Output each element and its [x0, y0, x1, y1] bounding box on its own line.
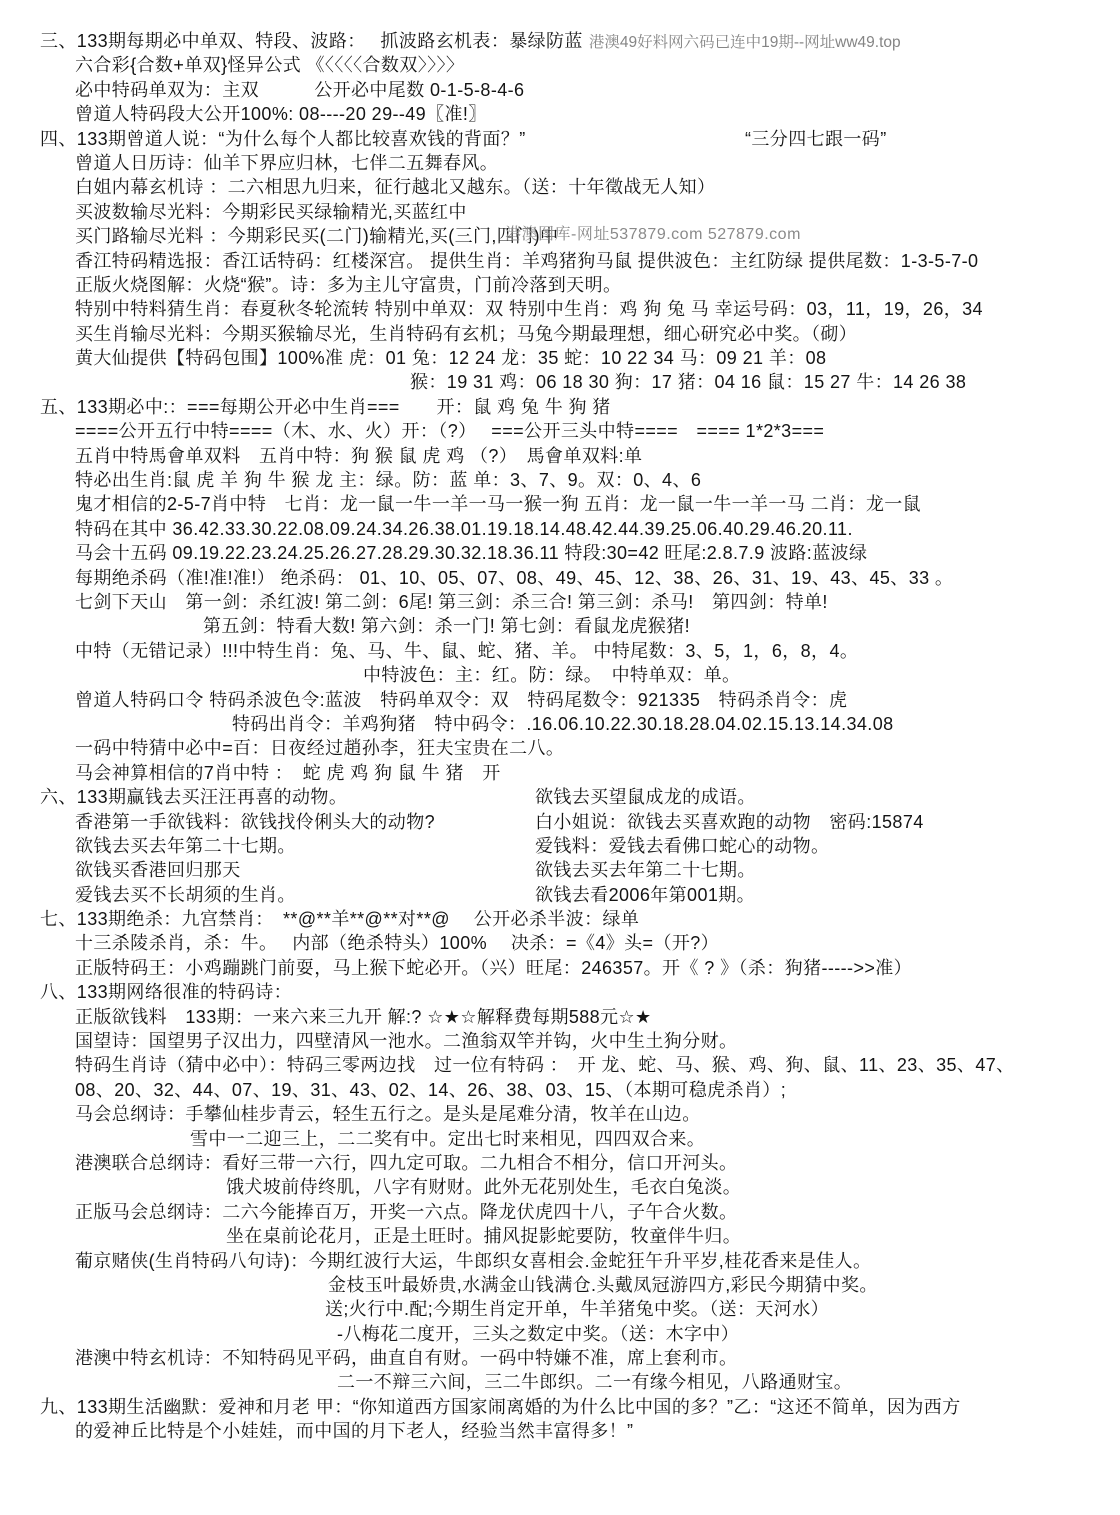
text-line-content: 曾道人特码口令 特码杀波色令:蓝波 特码单双令：双 特码尾数令：921335 特… [75, 690, 847, 710]
text-line-content: 特必出生肖:鼠 虎 羊 狗 牛 猴 龙 主：绿。防：蓝 单：3、7、9。双：0、… [75, 470, 701, 490]
text-line-content: 猴：19 31 鸡：06 18 30 狗：17 猪：04 16 鼠：15 27 … [410, 372, 966, 392]
text-line-content: 白姐内幕玄机诗 ：二六相思九归来，征行越北又越东。（送：十年徵战无人知） [75, 177, 715, 197]
text-line: 金枝玉叶最娇贵,水满金山钱满仓.头戴凤冠游四方,彩民今期猜中奖。 [0, 1273, 1120, 1297]
text-line: 中特波色：主：红。防：绿。 中特单双：单。 [0, 663, 1120, 687]
text-line-right: 白小姐说：欲钱去买喜欢跑的动物 密码:15874 [535, 810, 924, 834]
text-line-content: 八、133期网络很准的特码诗： [40, 982, 292, 1002]
text-line: ====公开五行中特====（木、水、火）开：（?） ===公开三头中特====… [0, 419, 1120, 443]
text-line-content: 买生肖输尽光料：今期买猴输尽光，生肖特码有玄机；马兔今期最理想，细心研究必中奖。… [75, 324, 857, 344]
text-line: 饿犬坡前侍终肌，八字有财财。此外无花别处生，毛衣白兔淡。 [0, 1175, 1120, 1199]
text-line: 正版马会总纲诗：二六今能捧百万，开奖一六点。降龙伏虎四十八，子午合火数。 [0, 1200, 1120, 1224]
text-line-content: 六合彩{合数+单双}怪异公式 《〈〈〈〈合数双〉〉〉〉 [75, 55, 464, 75]
text-line: 08、20、32、44、07、19、31、43、02、14、26、38、03、1… [0, 1078, 1120, 1102]
text-line-content: 买波数输尽光料：今期彩民买绿输精光,买蓝红中 [75, 202, 467, 222]
text-line-content: 六、133期赢钱去买汪汪再喜的动物。 [40, 787, 347, 807]
text-line: 特必出生肖:鼠 虎 羊 狗 牛 猴 龙 主：绿。防：蓝 单：3、7、9。双：0、… [0, 468, 1120, 492]
text-line-content: 欲钱去买去年第二十七期。 [75, 836, 296, 856]
text-line: 马会神算相信的7肖中特 ： 蛇 虎 鸡 狗 鼠 牛 猪 开 [0, 761, 1120, 785]
text-line-content: 特码出肖令：羊鸡狗猪 特中码令：.16.06.10.22.30.18.28.04… [232, 714, 894, 734]
text-line: 正版特码王：小鸡蹦跳门前耍，马上猴下蛇必开。（兴）旺尾：246357。开《 ? … [0, 956, 1120, 980]
text-line: 正版火烧图解：火烧“猴”。诗：多为主儿守富贵，门前冷落到天明。 [0, 273, 1120, 297]
watermark-text: 港澳图库-网址537879.com 527879.com [505, 221, 801, 244]
text-line-content: 每期绝杀码（准!准!准!） 绝杀码： 01、10、05、07、08、49、45、… [75, 568, 953, 588]
watermark-text: 港澳49好料网六码已连中19期--网址ww49.top [589, 34, 901, 51]
text-line: 九、133期生活幽默：爱神和月老 甲：“你知道西方国家闹离婚的为什么比中国的多？… [0, 1395, 1120, 1419]
text-line: 香江特码精选报：香江话特码：红楼深宫。 提供生肖：羊鸡猪狗马鼠 提供波色：主红防… [0, 249, 1120, 273]
text-line-content: 九、133期生活幽默：爱神和月老 甲：“你知道西方国家闹离婚的为什么比中国的多？… [40, 1397, 961, 1417]
text-line: 二一不辩三六间，三二牛郎织。二一有缘今相见，八路通财宝。 [0, 1370, 1120, 1394]
text-line: 欲钱去买去年第二十七期。爱钱料：爱钱去看佛口蛇心的动物。 [0, 834, 1120, 858]
text-line-content: 三、133期每期必中单双、特段、波路： 抓波路玄机表：暴绿防蓝 [40, 31, 583, 51]
text-line: 曾道人特码口令 特码杀波色令:蓝波 特码单双令：双 特码尾数令：921335 特… [0, 688, 1120, 712]
text-line-content: -八梅花二度开，三头之数定中奖。（送：木字中） [337, 1324, 739, 1344]
text-line-content: 曾道人日历诗：仙羊下界应归林，七伴二五舞春风。 [75, 153, 498, 173]
text-line-content: 的爱神丘比特是个小娃娃，而中国的月下老人，经验当然丰富得多！” [75, 1421, 633, 1441]
text-line-content: 港澳联合总纲诗：看好三带一六行，四九定可取。二九相合不相分，信口开河头。 [75, 1153, 737, 1173]
text-line-content: 特别中特料猜生肖：春夏秋冬轮流转 特别中单双：双 特别中生肖：鸡 狗 兔 马 幸… [75, 299, 983, 319]
text-line-content: 葡京赌侠(生肖特码八句诗)：今期红波行大运，牛郎织女喜相会.金蛇狂午升平岁,桂花… [75, 1251, 871, 1271]
text-line: 坐在桌前论花月，正是土旺时。捕风捉影蛇要防，牧童伴牛归。 [0, 1224, 1120, 1248]
text-line-content: 马会总纲诗：手攀仙桂步青云，轻生五行之。是头是尾难分清，牧羊在山边。 [75, 1104, 701, 1124]
text-line: 雪中一二迎三上，二二奖有中。定出七时来相见，四四双合来。 [0, 1127, 1120, 1151]
text-line-right: 爱钱料：爱钱去看佛口蛇心的动物。 [535, 834, 829, 858]
text-line-content: 七剑下天山 第一剑：杀红波! 第二剑：6尾! 第三剑：杀三合! 第三剑：杀马! … [75, 592, 828, 612]
text-line: 特码生肖诗（猜中必中）：特码三零两边找 过一位有特码 ： 开 龙、蛇、马、猴、鸡… [0, 1053, 1120, 1077]
text-line: 特码在其中 36.42.33.30.22.08.09.24.34.26.38.0… [0, 517, 1120, 541]
text-line-content: 08、20、32、44、07、19、31、43、02、14、26、38、03、1… [75, 1080, 786, 1100]
text-line-content: 国望诗：国望男子汉出力，四壁清风一池水。二渔翁双竿并钩，火中生土狗分财。 [75, 1031, 737, 1051]
text-line-content: 正版火烧图解：火烧“猴”。诗：多为主儿守富贵，门前冷落到天明。 [75, 275, 621, 295]
text-line-content: 雪中一二迎三上，二二奖有中。定出七时来相见，四四双合来。 [190, 1129, 705, 1149]
text-line-content: 一码中特猜中必中=百：日夜经过趙孙李，狂夫宝贵在二八。 [75, 738, 564, 758]
text-line-content: 买门路输尽光料 ：今期彩民买(二门)输精光,买(三门,四门)中 [75, 226, 558, 246]
text-line-content: 曾道人特码段大公开100%: 08----20 29--49〖准!〗 [75, 104, 487, 124]
text-line: 正版欲钱料 133期：一来六来三九开 解:? ☆★☆解释费每期588元☆★ [0, 1005, 1120, 1029]
text-line: 爱钱去买不长胡须的生肖。欲钱去看2006年第001期。 [0, 883, 1120, 907]
text-line: 七、133期绝杀：九宫禁肖： **@**羊**@**对**@ 公开必杀半波：绿单 [0, 907, 1120, 931]
text-line-content: 欲钱买香港回归那天 [75, 860, 241, 880]
text-line-content: 金枝玉叶最娇贵,水满金山钱满仓.头戴凤冠游四方,彩民今期猜中奖。 [328, 1275, 878, 1295]
text-line: 十三杀陵杀肖，杀：牛。 内部（绝杀特头）100% 决杀：=《4》头=（开?） [0, 931, 1120, 955]
text-line: 鬼才相信的2-5-7肖中特 七肖：龙一鼠一牛一羊一马一猴一狗 五肖：龙一鼠一牛一… [0, 492, 1120, 516]
text-line: 欲钱买香港回归那天欲钱去买去年第二十七期。 [0, 858, 1120, 882]
text-line-content: 七、133期绝杀：九宫禁肖： **@**羊**@**对**@ 公开必杀半波：绿单 [40, 909, 639, 929]
text-line-content: 马会神算相信的7肖中特 ： 蛇 虎 鸡 狗 鼠 牛 猪 开 [75, 763, 501, 783]
text-line-content: 五、133期必中:：===每期公开必中生肖=== 开：鼠 鸡 兔 牛 狗 猪 [40, 397, 611, 417]
text-line: 第五剑：特看大数! 第六剑：杀一门! 第七剑：看鼠龙虎猴猪! [0, 614, 1120, 638]
text-line-content: 必中特码单双为：主双 公开必中尾数 0-1-5-8-4-6 [75, 80, 524, 100]
text-line: 的爱神丘比特是个小娃娃，而中国的月下老人，经验当然丰富得多！” [0, 1419, 1120, 1443]
text-line-content: 爱钱去买不长胡须的生肖。 [75, 885, 296, 905]
text-line-content: 正版欲钱料 133期：一来六来三九开 解:? ☆★☆解释费每期588元☆★ [75, 1007, 652, 1027]
text-line: 香港第一手欲钱料：欲钱找伶俐头大的动物?白小姐说：欲钱去买喜欢跑的动物 密码:1… [0, 810, 1120, 834]
text-line: 曾道人日历诗：仙羊下界应归林，七伴二五舞春风。 [0, 151, 1120, 175]
text-line: 三、133期每期必中单双、特段、波路： 抓波路玄机表：暴绿防蓝港澳49好料网六码… [0, 29, 1120, 53]
text-line-right: 欲钱去买望鼠成龙的成语。 [535, 785, 756, 809]
text-line: 每期绝杀码（准!准!准!） 绝杀码： 01、10、05、07、08、49、45、… [0, 566, 1120, 590]
text-line: 黄大仙提供【特码包围】100%准 虎：01 兔：12 24 龙：35 蛇：10 … [0, 346, 1120, 370]
text-line-content: 坐在桌前论花月，正是土旺时。捕风捉影蛇要防，牧童伴牛归。 [226, 1226, 741, 1246]
text-line-content: 香江特码精选报：香江话特码：红楼深宫。 提供生肖：羊鸡猪狗马鼠 提供波色：主红防… [75, 251, 978, 271]
text-line-content: 港澳中特玄机诗：不知特码见平码，曲直自有财。一码中特嫌不准，席上套利市。 [75, 1348, 737, 1368]
text-line-content: 特码生肖诗（猜中必中）：特码三零两边找 过一位有特码 ： 开 龙、蛇、马、猴、鸡… [75, 1055, 1015, 1075]
text-line: 五、133期必中:：===每期公开必中生肖=== 开：鼠 鸡 兔 牛 狗 猪 [0, 395, 1120, 419]
text-line: 八、133期网络很准的特码诗： [0, 980, 1120, 1004]
text-line: 曾道人特码段大公开100%: 08----20 29--49〖准!〗 [0, 102, 1120, 126]
text-line-content: 饿犬坡前侍终肌，八字有财财。此外无花别处生，毛衣白兔淡。 [226, 1177, 741, 1197]
text-line: 中特（无错记录）!!!中特生肖：兔、马、牛、鼠、蛇、猪、羊。 中特尾数：3、5，… [0, 639, 1120, 663]
text-line-content: 送;火行中.配;今期生肖定开单，牛羊猪兔中奖。（送：天河水） [325, 1299, 829, 1319]
text-line: 六合彩{合数+单双}怪异公式 《〈〈〈〈合数双〉〉〉〉 [0, 53, 1120, 77]
text-line-content: 五肖中特馬會单双料 五肖中特：狗 猴 鼠 虎 鸡 （?） 馬會单双料:单 [75, 446, 642, 466]
text-line-content: 四、133期曾道人说：“为什么每个人都比较喜欢钱的背面？” [40, 129, 526, 149]
text-line: 六、133期赢钱去买汪汪再喜的动物。欲钱去买望鼠成龙的成语。 [0, 785, 1120, 809]
text-line: 港澳联合总纲诗：看好三带一六行，四九定可取。二九相合不相分，信口开河头。 [0, 1151, 1120, 1175]
text-line: 港澳中特玄机诗：不知特码见平码，曲直自有财。一码中特嫌不准，席上套利市。 [0, 1346, 1120, 1370]
text-line-content: 中特波色：主：红。防：绿。 中特单双：单。 [363, 665, 740, 685]
text-line: 马会总纲诗：手攀仙桂步青云，轻生五行之。是头是尾难分清，牧羊在山边。 [0, 1102, 1120, 1126]
text-line: -八梅花二度开，三头之数定中奖。（送：木字中） [0, 1322, 1120, 1346]
text-line-content: 鬼才相信的2-5-7肖中特 七肖：龙一鼠一牛一羊一马一猴一狗 五肖：龙一鼠一牛一… [75, 494, 921, 514]
text-line: 白姐内幕玄机诗 ：二六相思九归来，征行越北又越东。（送：十年徵战无人知） [0, 175, 1120, 199]
text-line: 葡京赌侠(生肖特码八句诗)：今期红波行大运，牛郎织女喜相会.金蛇狂午升平岁,桂花… [0, 1249, 1120, 1273]
text-line: 买生肖输尽光料：今期买猴输尽光，生肖特码有玄机；马兔今期最理想，细心研究必中奖。… [0, 322, 1120, 346]
text-line: 一码中特猜中必中=百：日夜经过趙孙李，狂夫宝贵在二八。 [0, 736, 1120, 760]
text-line-right: “三分四七跟一码” [745, 127, 887, 151]
text-line: 马会十五码 09.19.22.23.24.25.26.27.28.29.30.3… [0, 541, 1120, 565]
text-line-content: 二一不辩三六间，三二牛郎织。二一有缘今相见，八路通财宝。 [337, 1372, 852, 1392]
text-line-content: ====公开五行中特====（木、水、火）开：（?） ===公开三头中特====… [75, 421, 824, 441]
text-line: 五肖中特馬會单双料 五肖中特：狗 猴 鼠 虎 鸡 （?） 馬會单双料:单 [0, 444, 1120, 468]
text-line: 国望诗：国望男子汉出力，四壁清风一池水。二渔翁双竿并钩，火中生土狗分财。 [0, 1029, 1120, 1053]
text-line: 特码出肖令：羊鸡狗猪 特中码令：.16.06.10.22.30.18.28.04… [0, 712, 1120, 736]
text-line-content: 黄大仙提供【特码包围】100%准 虎：01 兔：12 24 龙：35 蛇：10 … [75, 348, 826, 368]
text-line-content: 特码在其中 36.42.33.30.22.08.09.24.34.26.38.0… [75, 519, 853, 539]
text-line: 特别中特料猜生肖：春夏秋冬轮流转 特别中单双：双 特别中生肖：鸡 狗 兔 马 幸… [0, 297, 1120, 321]
text-line-content: 正版特码王：小鸡蹦跳门前耍，马上猴下蛇必开。（兴）旺尾：246357。开《 ? … [75, 958, 912, 978]
text-line-content: 马会十五码 09.19.22.23.24.25.26.27.28.29.30.3… [75, 543, 867, 563]
text-line-right: 欲钱去买去年第二十七期。 [535, 858, 756, 882]
text-line-content: 香港第一手欲钱料：欲钱找伶俐头大的动物? [75, 812, 435, 832]
text-line: 猴：19 31 鸡：06 18 30 狗：17 猪：04 16 鼠：15 27 … [0, 370, 1120, 394]
text-line: 必中特码单双为：主双 公开必中尾数 0-1-5-8-4-6 [0, 78, 1120, 102]
text-line: 送;火行中.配;今期生肖定开单，牛羊猪兔中奖。（送：天河水） [0, 1297, 1120, 1321]
text-line-content: 第五剑：特看大数! 第六剑：杀一门! 第七剑：看鼠龙虎猴猪! [203, 616, 690, 636]
text-line: 七剑下天山 第一剑：杀红波! 第二剑：6尾! 第三剑：杀三合! 第三剑：杀马! … [0, 590, 1120, 614]
text-line-content: 正版马会总纲诗：二六今能捧百万，开奖一六点。降龙伏虎四十八，子午合火数。 [75, 1202, 737, 1222]
text-line: 四、133期曾道人说：“为什么每个人都比较喜欢钱的背面？”“三分四七跟一码” [0, 127, 1120, 151]
text-line-right: 欲钱去看2006年第001期。 [535, 883, 755, 907]
text-line-content: 中特（无错记录）!!!中特生肖：兔、马、牛、鼠、蛇、猪、羊。 中特尾数：3、5，… [75, 641, 858, 661]
text-line-content: 十三杀陵杀肖，杀：牛。 内部（绝杀特头）100% 决杀：=《4》头=（开?） [75, 933, 719, 953]
